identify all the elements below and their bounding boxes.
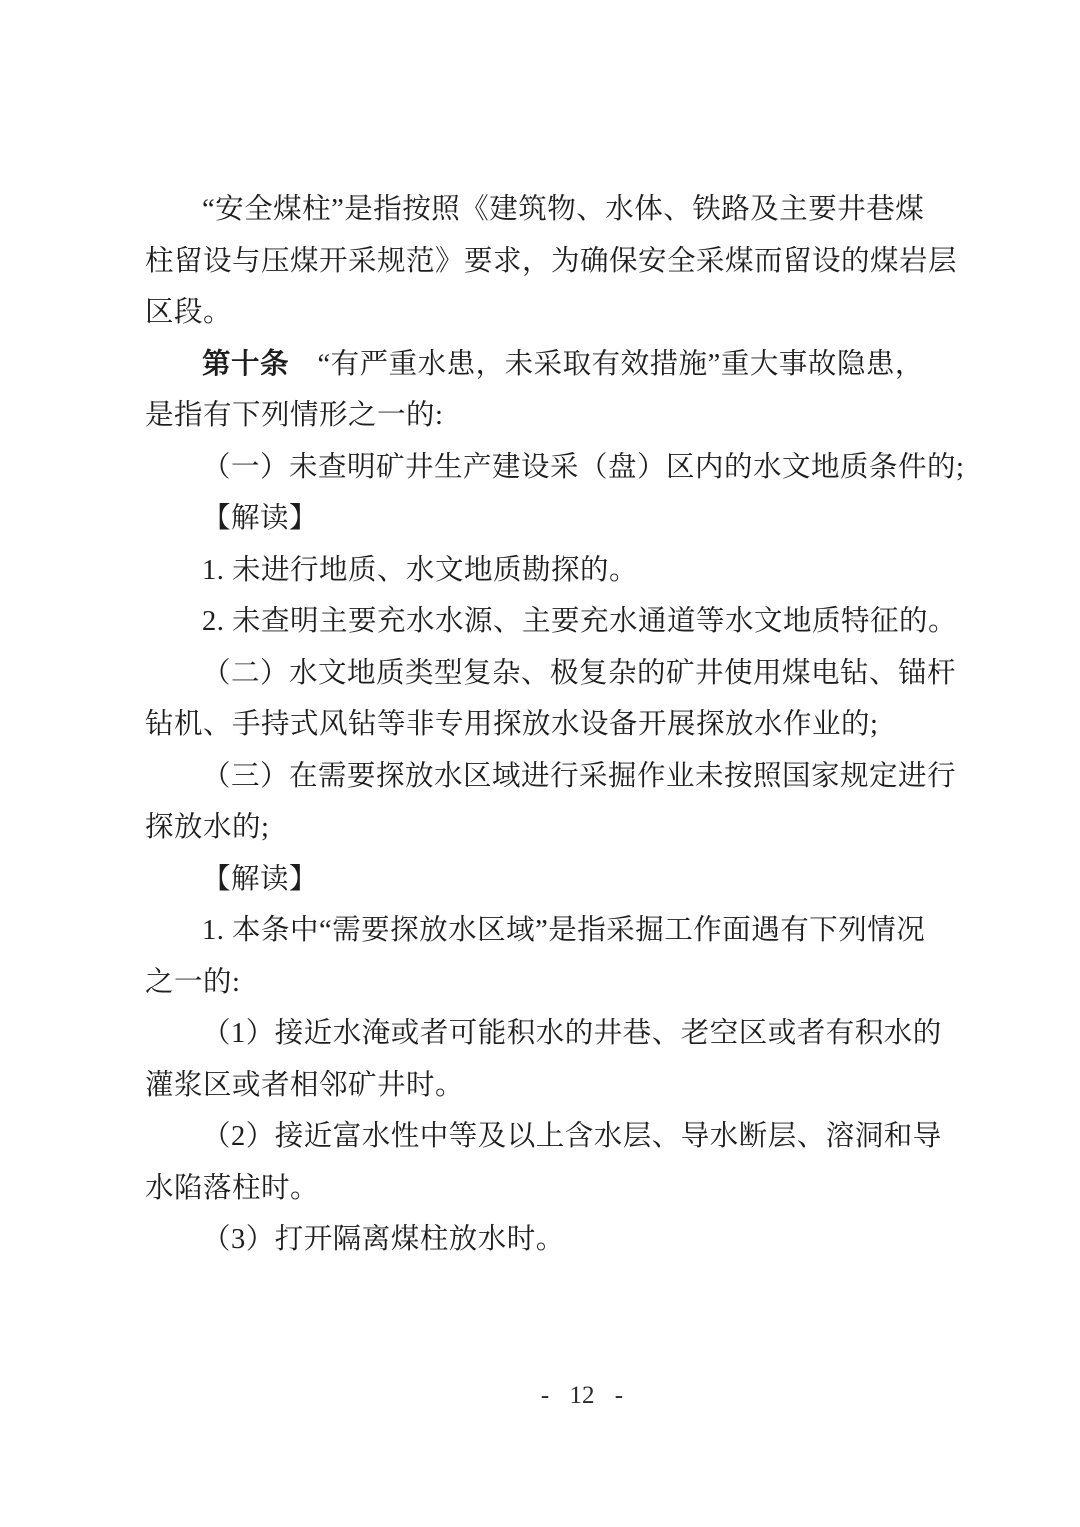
text-line: 之一的:: [145, 957, 960, 1009]
article-number: 第十条: [202, 349, 289, 380]
text-line: “安全煤柱”是指按照《建筑物、水体、铁路及主要井巷煤: [145, 184, 960, 236]
document-page: “安全煤柱”是指按照《建筑物、水体、铁路及主要井巷煤 柱留设与压煤开采规范》要求…: [145, 184, 960, 1266]
text-line: （3）打开隔离煤柱放水时。: [145, 1214, 960, 1266]
section-heading-interpretation: 【解读】: [145, 854, 960, 906]
text-line: （一）未查明矿井生产建设采（盘）区内的水文地质条件的;: [145, 442, 960, 494]
text-line: 灌浆区或者相邻矿井时。: [145, 1060, 960, 1112]
text-line: 第十条“有严重水患，未采取有效措施”重大事故隐患，: [145, 339, 960, 391]
text-line: 柱留设与压煤开采规范》要求，为确保安全采煤而留设的煤岩层: [145, 236, 960, 288]
text-line: （2）接近富水性中等及以上含水层、导水断层、溶洞和导: [145, 1111, 960, 1163]
text-line: 探放水的;: [145, 802, 960, 854]
text-line: 2. 未查明主要充水水源、主要充水通道等水文地质特征的。: [145, 596, 960, 648]
page-number: - 12 -: [541, 1381, 623, 1411]
article-title-text: “有严重水患，未采取有效措施”重大事故隐患，: [318, 349, 924, 380]
text-line: 1. 未进行地质、水文地质勘探的。: [145, 545, 960, 597]
text-line: 钻机、手持式风钻等非专用探放水设备开展探放水作业的;: [145, 699, 960, 751]
text-line: （二）水文地质类型复杂、极复杂的矿井使用煤电钻、锚杆: [145, 648, 960, 700]
text-line: 区段。: [145, 287, 960, 339]
text-line: 水陷落柱时。: [145, 1163, 960, 1215]
text-line: （三）在需要探放水区域进行采掘作业未按照国家规定进行: [145, 751, 960, 803]
text-line: 1. 本条中“需要探放水区域”是指采掘工作面遇有下列情况: [145, 905, 960, 957]
text-line: 是指有下列情形之一的:: [145, 390, 960, 442]
section-heading-interpretation: 【解读】: [145, 493, 960, 545]
text-line: （1）接近水淹或者可能积水的井巷、老空区或者有积水的: [145, 1008, 960, 1060]
